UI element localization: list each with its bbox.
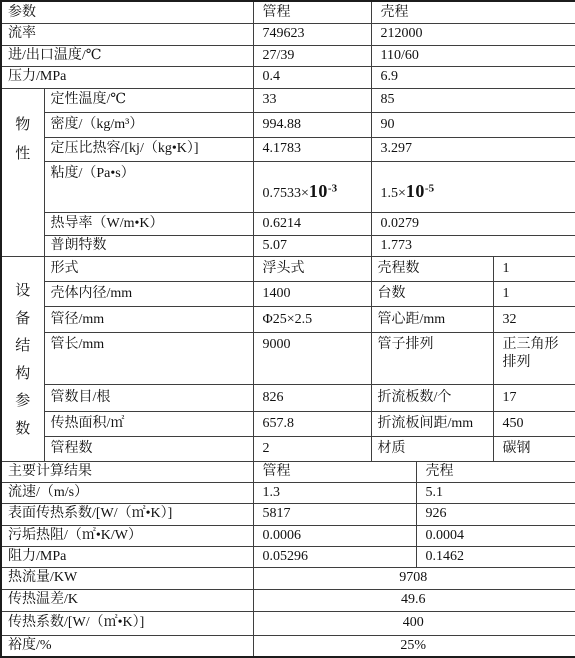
table-row: 定压比热容/[kj/（kg•K）] 4.1783 3.297 [1,137,575,161]
merged-value: 400 [253,611,575,635]
row-label: 管子排列 [371,333,493,385]
group-label: 设备结构参数 [15,277,32,443]
shell-value: 3.297 [371,137,575,161]
table-row: 阻力/MPa 0.05296 0.1462 [1,546,575,567]
group-label-cell: 物性 [1,88,44,256]
row-label: 表面传热系数/[W/（㎡•K）] [1,503,253,525]
merged-value: 49.6 [253,589,575,611]
table-row: 热导率（W/m•K） 0.6214 0.0279 [1,212,575,235]
shell-value: 110/60 [371,45,575,66]
table-row: 传热系数/[W/（㎡•K）] 400 [1,611,575,635]
table-row: 管径/mm Φ25×2.5 管心距/mm 32 [1,306,575,332]
row-label: 密度/（kg/m³） [44,112,253,137]
table-row: 压力/MPa 0.4 6.9 [1,66,575,88]
row-label: 壳程数 [371,256,493,281]
viscosity-tube-value: 0.7533×10-3 [253,161,371,212]
results-header-cell: 主要计算结果 [1,461,253,482]
row-label: 裕度/% [1,635,253,657]
row-label: 传热温差/K [1,589,253,611]
shell-value: 0.0279 [371,212,575,235]
heat-exchanger-spec-table: 参数 管程 壳程 流率 749623 212000 进/出口温度/℃ 27/39… [0,0,575,658]
table-row: 主要计算结果 管程 壳程 [1,461,575,482]
row-label: 管心距/mm [371,306,493,332]
row-label: 台数 [371,281,493,306]
tube-value: 0.4 [253,66,371,88]
shell-value: 85 [371,88,575,112]
value-cell: 正三角形 排列 [493,333,575,385]
power-base: 10 [406,181,425,201]
row-label: 传热面积/㎡ [44,411,253,436]
power-exponent: -3 [328,182,337,194]
table-row: 管数目/根 826 折流板数/个 17 [1,385,575,411]
viscosity-mantissa: 0.7533× [263,186,309,201]
value-cell: 450 [493,411,575,436]
value-cell: 碳钢 [493,436,575,461]
tube-value: 4.1783 [253,137,371,161]
value-cell: 9000 [253,333,371,385]
table-row: 管程数 2 材质 碳钢 [1,436,575,461]
table-row: 参数 管程 壳程 [1,1,575,23]
value-cell: 657.8 [253,411,371,436]
table-row: 热流量/KW 9708 [1,567,575,589]
shell-side-header-cell: 壳程 [416,461,575,482]
viscosity-shell-value: 1.5×10-5 [371,161,575,212]
value-cell: 浮头式 [253,256,371,281]
table-row: 污垢热阻/（㎡•K/W） 0.0006 0.0004 [1,525,575,546]
param-header-cell: 参数 [1,1,253,23]
shell-side-header-cell: 壳程 [371,1,575,23]
row-label: 定性温度/℃ [44,88,253,112]
power-exponent: -5 [425,182,434,194]
merged-value: 25% [253,635,575,657]
value-cell: 1 [493,256,575,281]
row-label: 阻力/MPa [1,546,253,567]
row-label: 流率 [1,23,253,45]
tube-value: 1.3 [253,482,416,503]
group-label-cell: 设备结构参数 [1,256,44,461]
shell-value: 926 [416,503,575,525]
tube-side-header-cell: 管程 [253,461,416,482]
table-row: 粘度/（Pa•s） 0.7533×10-3 1.5×10-5 [1,161,575,212]
shell-value: 0.1462 [416,546,575,567]
value-cell: 1 [493,281,575,306]
table-row: 管长/mm 9000 管子排列 正三角形 排列 [1,333,575,385]
tube-value: 0.05296 [253,546,416,567]
group-label: 物性 [15,109,32,169]
value-cell: 32 [493,306,575,332]
table-row: 设备结构参数 形式 浮头式 壳程数 1 [1,256,575,281]
value-cell: 17 [493,385,575,411]
tube-value: 5.07 [253,235,371,256]
row-label: 热流量/KW [1,567,253,589]
table-row: 普朗特数 5.07 1.773 [1,235,575,256]
viscosity-mantissa: 1.5× [381,186,406,201]
row-label: 粘度/（Pa•s） [44,161,253,212]
tube-value: 0.0006 [253,525,416,546]
row-label: 传热系数/[W/（㎡•K）] [1,611,253,635]
row-label: 形式 [44,256,253,281]
tube-value: 749623 [253,23,371,45]
table-row: 壳体内径/mm 1400 台数 1 [1,281,575,306]
table-row: 密度/（kg/m³） 994.88 90 [1,112,575,137]
row-label: 进/出口温度/℃ [1,45,253,66]
row-label: 壳体内径/mm [44,281,253,306]
tube-value: 27/39 [253,45,371,66]
row-label: 普朗特数 [44,235,253,256]
tube-value: 33 [253,88,371,112]
shell-value: 6.9 [371,66,575,88]
row-label: 材质 [371,436,493,461]
row-label: 折流板间距/mm [371,411,493,436]
table-row: 流速/（m/s） 1.3 5.1 [1,482,575,503]
row-label: 管数目/根 [44,385,253,411]
shell-value: 212000 [371,23,575,45]
row-label: 污垢热阻/（㎡•K/W） [1,525,253,546]
shell-value: 5.1 [416,482,575,503]
value-cell: Φ25×2.5 [253,306,371,332]
table-row: 流率 749623 212000 [1,23,575,45]
table-row: 进/出口温度/℃ 27/39 110/60 [1,45,575,66]
value-cell: 826 [253,385,371,411]
merged-value: 9708 [253,567,575,589]
shell-value: 90 [371,112,575,137]
row-label: 管长/mm [44,333,253,385]
row-label: 定压比热容/[kj/（kg•K）] [44,137,253,161]
table-row: 传热温差/K 49.6 [1,589,575,611]
row-label: 热导率（W/m•K） [44,212,253,235]
tube-value: 5817 [253,503,416,525]
table-row: 表面传热系数/[W/（㎡•K）] 5817 926 [1,503,575,525]
tube-value: 994.88 [253,112,371,137]
value-cell: 1400 [253,281,371,306]
tube-value: 0.6214 [253,212,371,235]
table-row: 裕度/% 25% [1,635,575,657]
shell-value: 1.773 [371,235,575,256]
value-cell: 2 [253,436,371,461]
table-row: 物性 定性温度/℃ 33 85 [1,88,575,112]
row-label: 折流板数/个 [371,385,493,411]
row-label: 压力/MPa [1,66,253,88]
tube-side-header-cell: 管程 [253,1,371,23]
row-label: 流速/（m/s） [1,482,253,503]
row-label: 管径/mm [44,306,253,332]
table-row: 传热面积/㎡ 657.8 折流板间距/mm 450 [1,411,575,436]
power-base: 10 [309,181,328,201]
row-label: 管程数 [44,436,253,461]
shell-value: 0.0004 [416,525,575,546]
